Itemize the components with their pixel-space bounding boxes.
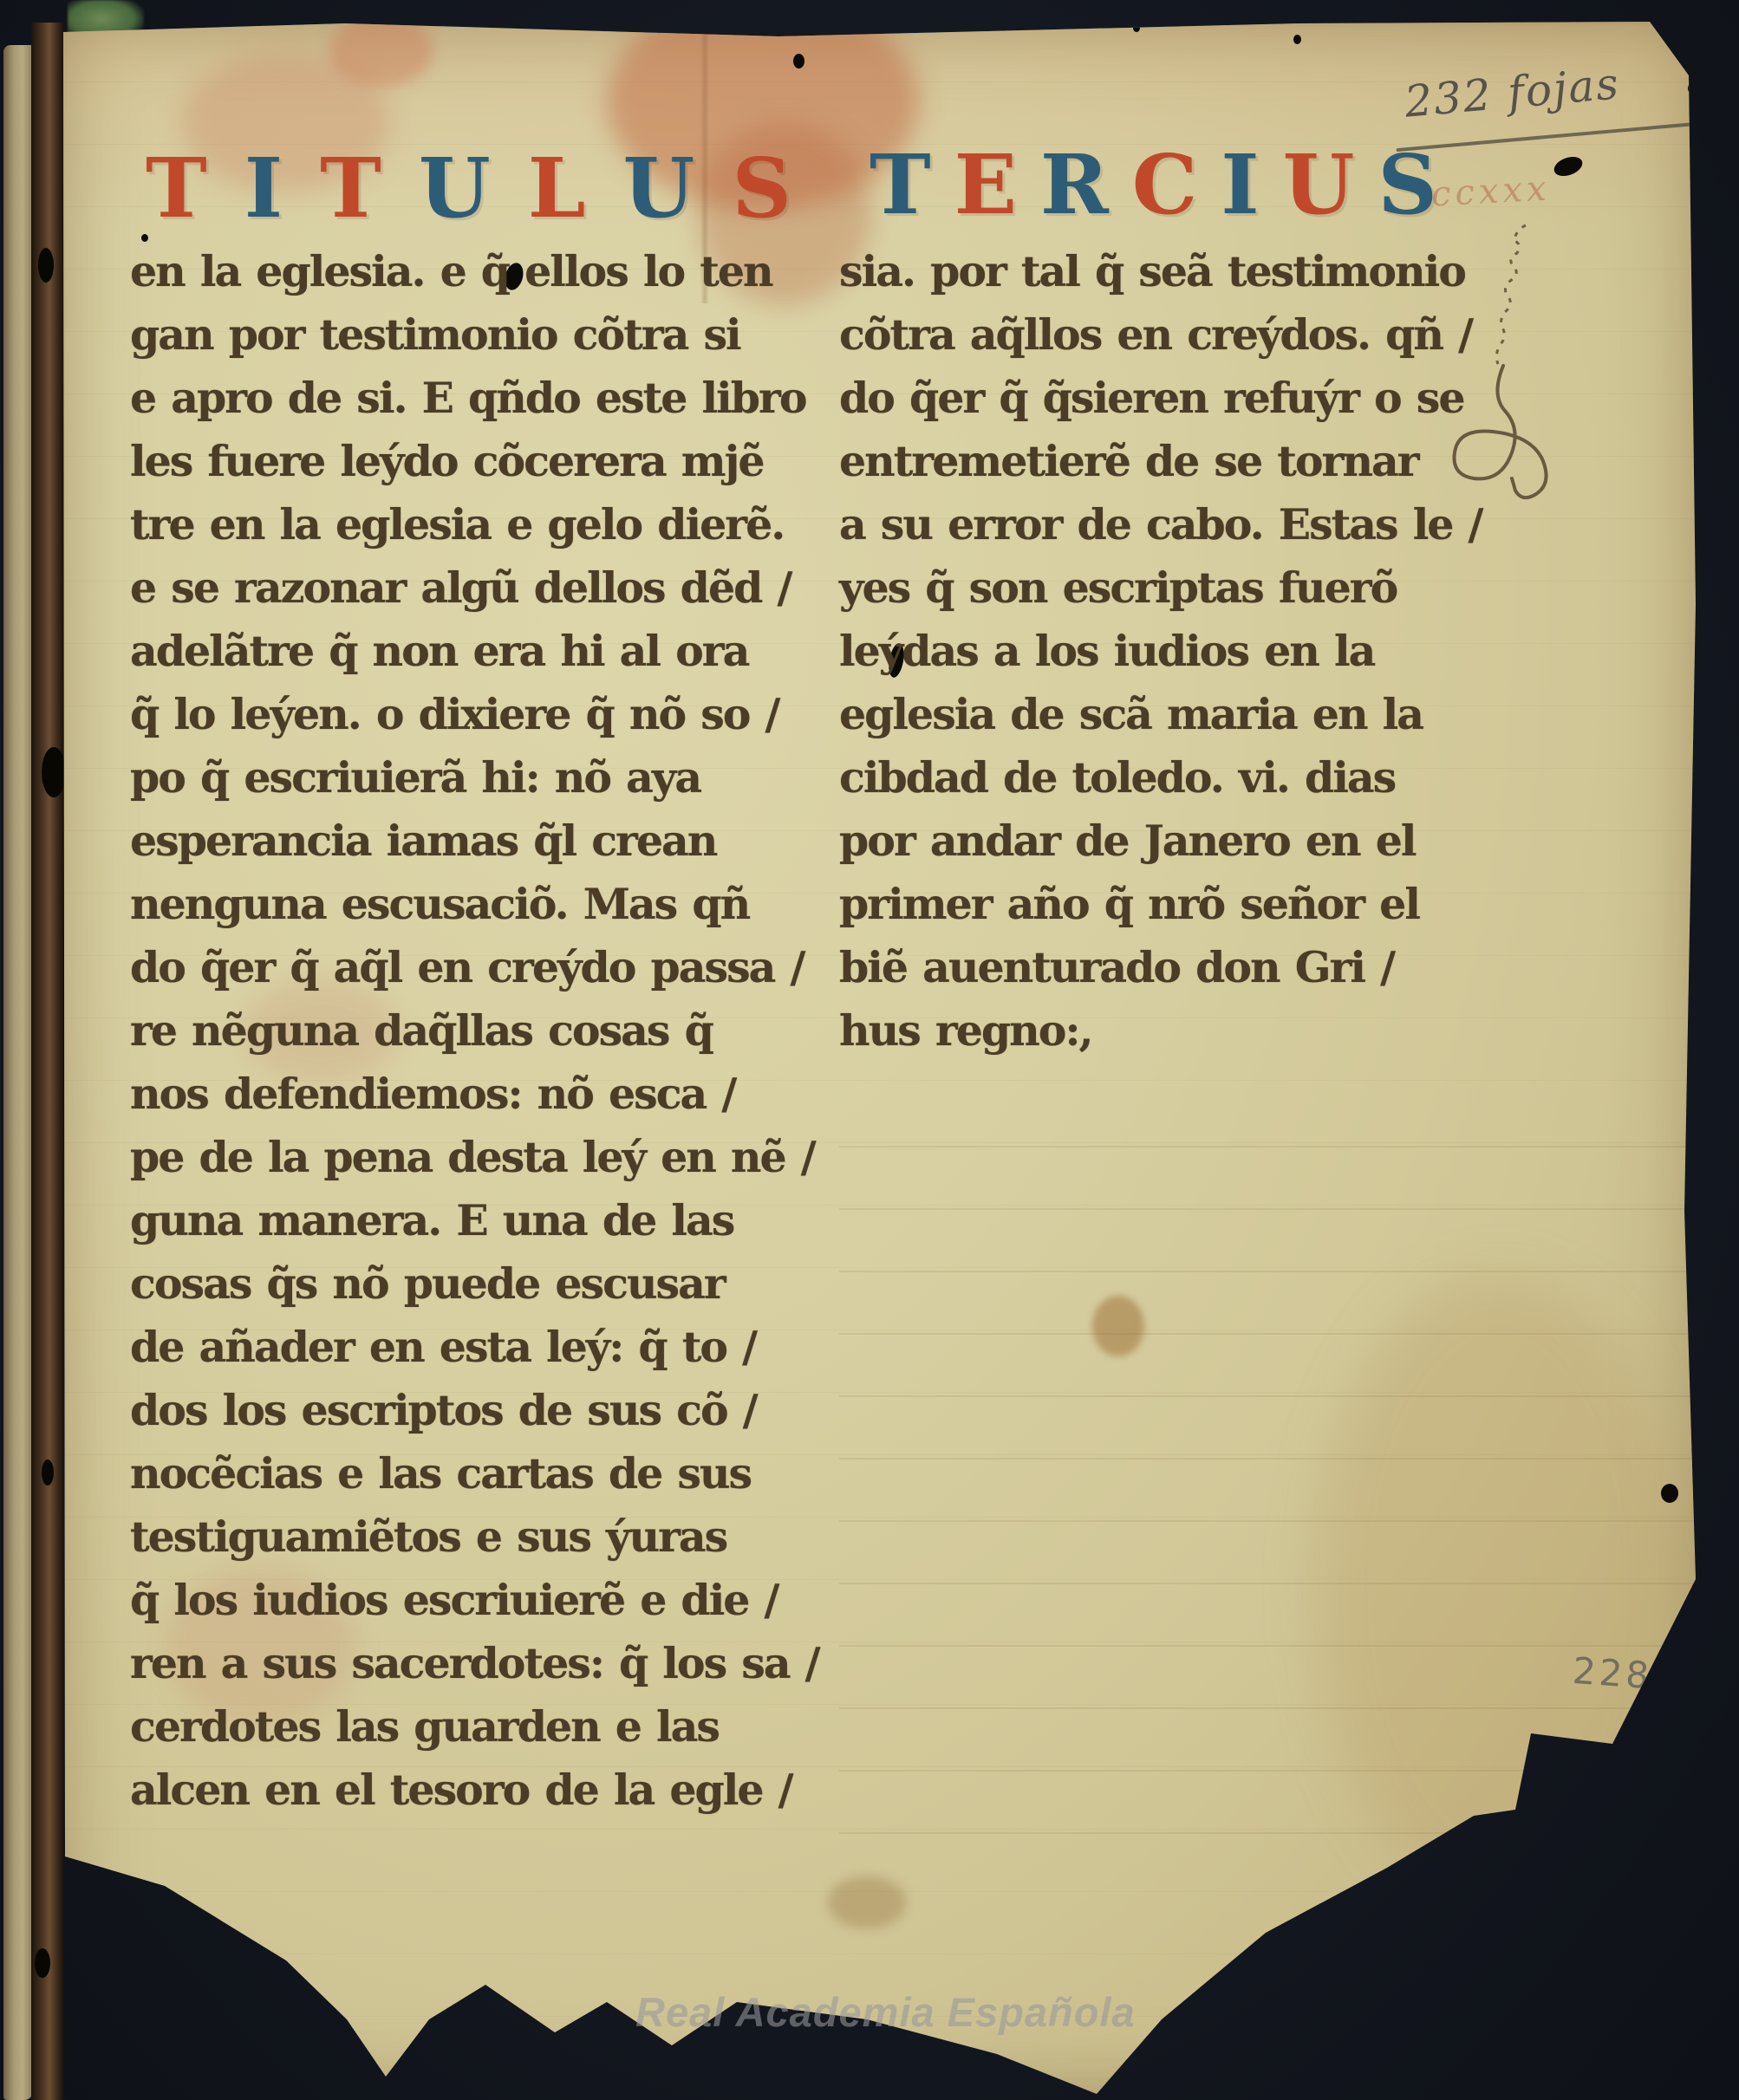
manuscript-text-line: re nẽguna daq̃llas cosas q̃ (130, 999, 815, 1063)
manuscript-text-line: nenguna escusaciõ. Mas qñ (130, 873, 815, 936)
illuminated-letter: T (869, 144, 931, 226)
manuscript-text-line: cerdotes las guarden e las (130, 1695, 815, 1759)
previous-folio-stub (3, 45, 33, 2100)
illuminated-letter: S (1378, 144, 1437, 226)
illuminated-letter: T (320, 147, 381, 230)
illuminated-letter: L (528, 147, 586, 230)
manuscript-text-line: cosas q̃s nõ puede escusar (130, 1252, 815, 1316)
manuscript-text-line: de añader en esta leý: q̃ to ∕ (130, 1316, 815, 1379)
illuminated-letter: T (146, 147, 207, 230)
book-gutter (31, 23, 64, 2100)
gutter-hole (42, 1460, 54, 1486)
illuminated-letter: C (1132, 144, 1198, 226)
manuscript-text-line: por andar de Janero en el (839, 809, 1507, 873)
manuscript-text-line: cibdad de toledo. vi. dias (839, 746, 1507, 809)
parchment-hole (1688, 83, 1696, 94)
illuminated-letter: I (244, 147, 283, 230)
illuminated-letter: S (732, 147, 791, 230)
manuscript-text-line: tre en la eglesia e gelo dierẽ. (130, 493, 815, 556)
notarial-flourish (1437, 218, 1593, 574)
gutter-hole (42, 747, 66, 797)
manuscript-text-line: dos los escriptos de sus cõ ∕ (130, 1379, 815, 1442)
manuscript-text-line: hus regno:, (839, 999, 1507, 1063)
manuscript-text-line: nos defendiemos: nõ esca ∕ (130, 1063, 815, 1126)
manuscript-text-line: pe de la pena desta leý en nẽ ∕ (130, 1126, 815, 1189)
manuscript-text-line: eglesia de scã maria en la (839, 683, 1507, 746)
illuminated-letter: E (954, 144, 1017, 226)
parchment-hole (1133, 24, 1140, 32)
manuscript-text-line: yes q̃ son escriptas fuerõ (839, 556, 1507, 620)
manuscript-text-line: biẽ auenturado don Gri ∕ (839, 936, 1507, 999)
chapter-heading-right: TERCIUS (869, 144, 1437, 226)
manuscript-text-line: alcen en el tesoro de la egle ∕ (130, 1759, 815, 1822)
roman-numeral-faded: ccxxx (1430, 168, 1552, 214)
manuscript-text-line: q̃ lo leýen. o dixiere q̃ nõ so ∕ (130, 683, 815, 746)
chapter-heading-left: TITULUS (146, 147, 791, 230)
illuminated-letter: U (623, 147, 695, 230)
manuscript-text-line: cõtra aq̃llos en creýdos. qñ ∕ (839, 303, 1507, 367)
manuscript-text-line: guna manera. E una de las (130, 1189, 815, 1252)
manuscript-text-line: do q̃er q̃ aq̃l en creýdo passa ∕ (130, 936, 815, 999)
pencil-page-number: 228 (1571, 1649, 1653, 1697)
manuscript-text-line: q̃ los iudios escriuierẽ e die ∕ (130, 1569, 815, 1632)
manuscript-text-line: adelãtre q̃ non era hi al ora (130, 620, 815, 683)
parchment-hole (793, 54, 804, 68)
manuscript-text-line: testiguamiẽtos e sus ýuras (130, 1505, 815, 1569)
text-column-left: en la eglesia. e q̃ ellos lo tengan por … (130, 240, 815, 1822)
text-column-right: sia. por tal q̃ seã testimoniocõtra aq̃l… (839, 240, 1507, 1063)
stain (329, 14, 433, 87)
manuscript-text-line: sia. por tal q̃ seã testimonio (839, 240, 1507, 303)
parchment-hole (1552, 153, 1586, 179)
manuscript-text-line: primer año q̃ nrõ señor el (839, 873, 1507, 936)
manuscript-text-line: a su error de cabo. Estas le ∕ (839, 493, 1507, 556)
manuscript-text-line: en la eglesia. e q̃ ellos lo ten (130, 240, 815, 303)
parchment-hole (1661, 1484, 1678, 1503)
watermark: Real Academia Española (635, 1988, 1136, 2036)
manuscript-text-line: e apro de si. E qñdo este libro (130, 367, 815, 430)
manuscript-text-line: esperancia iamas q̃l crean (130, 809, 815, 873)
parchment-hole (1293, 35, 1301, 44)
gutter-hole (35, 1948, 50, 1978)
manuscript-text-line: e se razonar algũ dellos dẽd ∕ (130, 556, 815, 620)
manuscript-text-line: po q̃ escriuierã hi: nõ aya (130, 746, 815, 809)
manuscript-text-line: ren a sus sacerdotes: q̃ los sa ∕ (130, 1632, 815, 1695)
stain (828, 1876, 906, 1928)
manuscript-text-line: do q̃er q̃ q̃sieren refuýr o se (839, 367, 1507, 430)
manuscript-text-line: entremetierẽ de se tornar (839, 430, 1507, 493)
manuscript-text-line: nocẽcias e las cartas de sus (130, 1442, 815, 1505)
parchment-page: TITULUS TERCIUS en la eglesia. e q̃ ello… (59, 19, 1702, 2100)
illuminated-letter: R (1040, 144, 1109, 226)
illuminated-letter: U (419, 147, 491, 230)
illuminated-letter: U (1283, 144, 1355, 226)
ruling-lines (839, 1085, 1693, 1848)
gutter-hole (38, 248, 54, 283)
manuscript-text-line: gan por testimonio cõtra si (130, 303, 815, 367)
manuscript-text-line: leýdas a los iudios en la (839, 620, 1507, 683)
manuscript-text-line: les fuere leýdo cõcerera mjẽ (130, 430, 815, 493)
foliation-note: 232 fojas (1403, 58, 1622, 127)
illuminated-letter: I (1221, 144, 1259, 226)
foliation-underline (1396, 122, 1697, 152)
manuscript-photo: TITULUS TERCIUS en la eglesia. e q̃ ello… (0, 0, 1739, 2100)
